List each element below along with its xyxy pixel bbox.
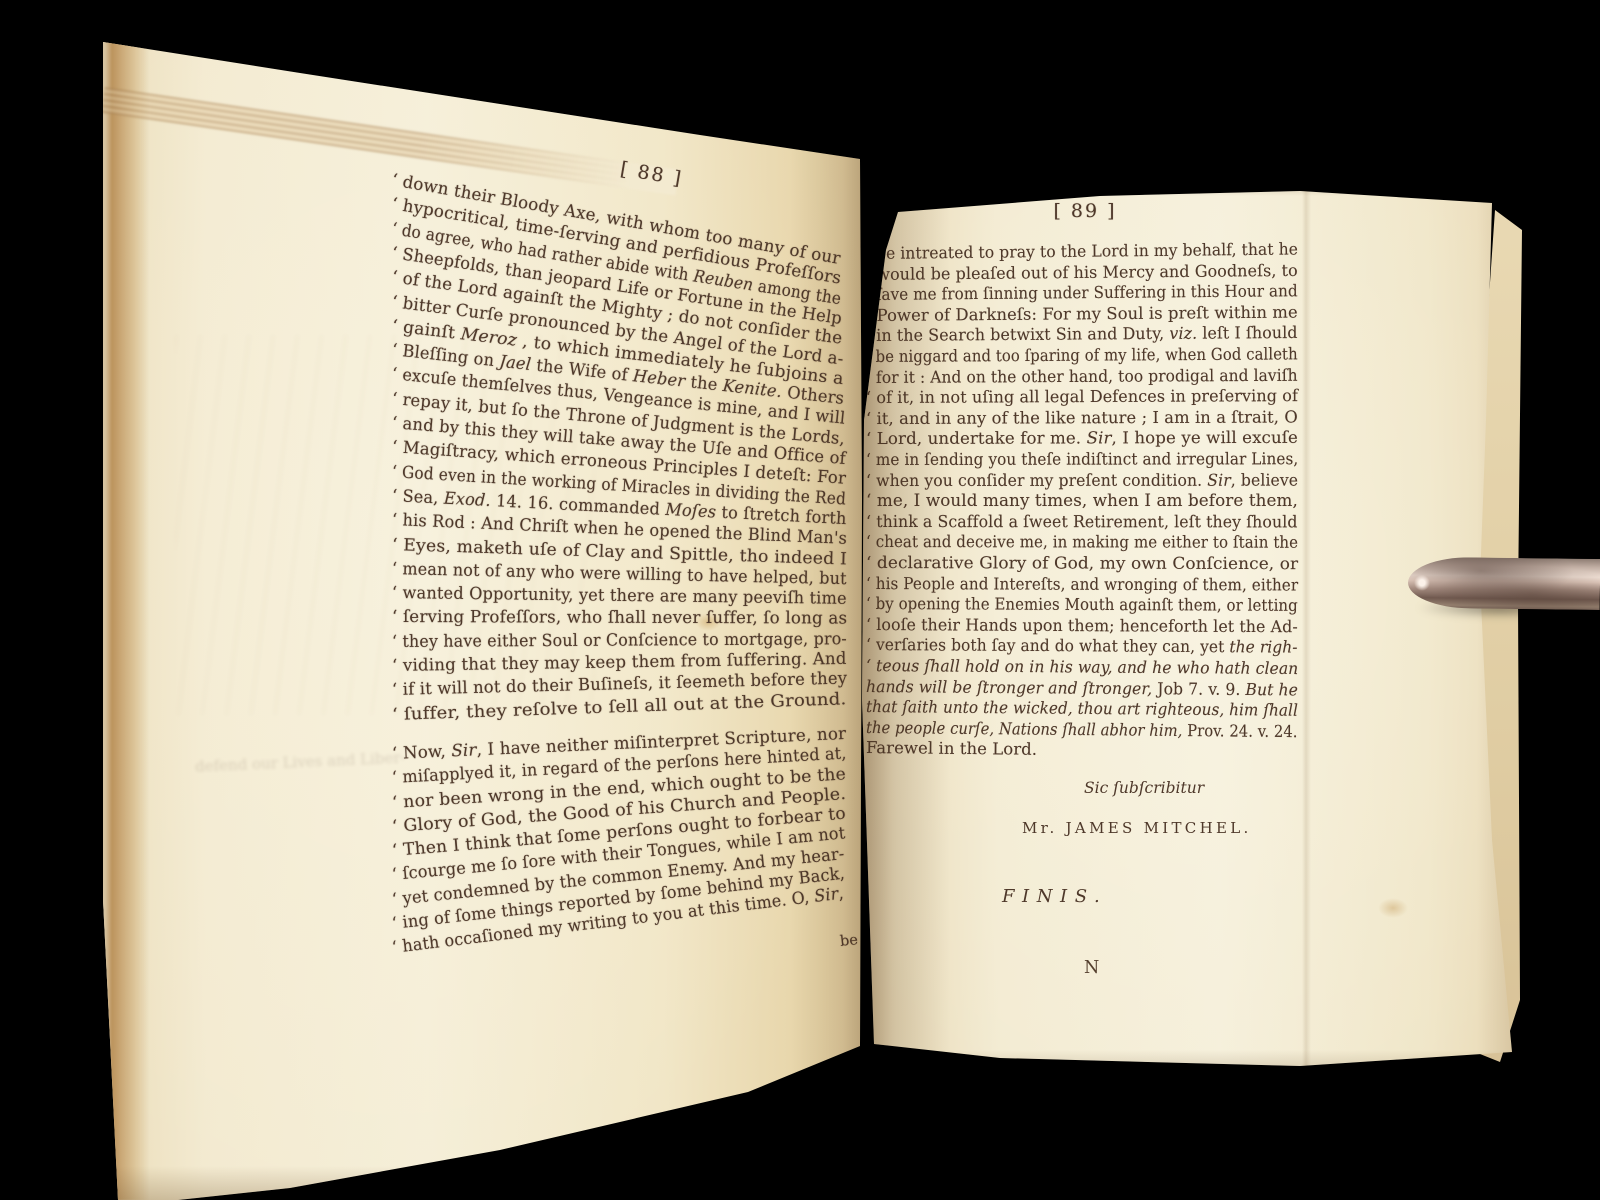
text-line: ‘ in the Search betwixt Sin and Duty, vi…	[866, 324, 1298, 345]
text-line: ‘ declarative Glory of God, my own Conſc…	[866, 554, 1298, 573]
right-page: [ 89 ] ‘ be intreated to pray to the Lor…	[850, 182, 1522, 1070]
page-number-89: [ 89 ]	[1000, 200, 1170, 222]
text-line: ‘ verſaries both ſay and do what they ca…	[866, 636, 1298, 657]
text-line: ‘ be niggard and too ſparing of my life,…	[866, 345, 1298, 366]
signature-mark-n: N	[1084, 958, 1099, 978]
text-line: ‘ of it, in not uſing all legal Defences…	[866, 387, 1298, 407]
text-line: ‘ be intreated to pray to the Lord in my…	[866, 240, 1298, 263]
text-line: the people curſe, Nations ſhall abhor hi…	[866, 719, 1298, 741]
stain-spot	[1378, 898, 1408, 918]
text-line: that ſaith unto the wicked, thou art rig…	[866, 698, 1298, 720]
text-line: ‘ me in ſending you theſe indiſtinct and…	[866, 450, 1298, 469]
text-line: Farewel in the Lord.	[866, 739, 1037, 759]
text-line: ‘ by opening the Enemies Mouth againſt t…	[866, 595, 1298, 615]
ghost-text-offset: defend our Lives and Liber-	[195, 748, 406, 775]
text-line: ‘ Lord, undertake for me. Sir, I hope ye…	[866, 429, 1298, 448]
text-line: ‘ ſave me from ſinning under Suffering i…	[866, 282, 1298, 304]
sic-subscribitur: Sic ſubſcribitur	[1084, 779, 1204, 797]
text-line: ‘ me, I would many times, when I am befo…	[866, 492, 1298, 510]
text-line: ‘ they have either Soul or Conſcience to…	[392, 629, 847, 650]
finis-label: FINIS.	[1002, 886, 1107, 907]
fore-edge-deckle	[95, 35, 149, 1200]
text-line: ‘ teous ſhall hold on in his way, and he…	[866, 657, 1298, 678]
signature-name: Mr. JAMES MITCHEL.	[1022, 819, 1252, 837]
text-line: ‘ Power of Darkneſs: For my Soul is preſ…	[866, 303, 1298, 324]
text-line: ‘ for it : And on the other hand, too pr…	[866, 366, 1298, 386]
left-page: [ 88 ] defend our Lives and Liber- ‘ dow…	[95, 35, 885, 1200]
text-line: ‘ looſe their Hands upon them; hencefort…	[866, 616, 1298, 636]
text-line: ‘ when you conſider my preſent condition…	[866, 471, 1298, 489]
photo-background: [ 88 ] defend our Lives and Liber- ‘ dow…	[0, 0, 1600, 1200]
text-line: ‘ would be pleaſed out of his Mercy and …	[866, 261, 1298, 283]
pen-tip	[1408, 557, 1600, 610]
left-page-text: ‘ down their Bloody Axe, with whom too m…	[392, 170, 862, 1020]
text-line: ‘ wanted Opportunity, yet there are many…	[392, 583, 847, 607]
text-line: ‘ his People and Intereſts, and wronging…	[866, 575, 1298, 595]
text-line: ‘ cheat and deceive me, in making me eit…	[866, 533, 1298, 552]
text-line: ‘ it, and in any of the like nature ; I …	[866, 408, 1298, 428]
catchword-be: be	[839, 932, 858, 950]
text-line: hands will be ſtronger and ſtronger, Job…	[866, 678, 1298, 699]
right-page-text: ‘ be intreated to pray to the Lord in my…	[866, 245, 1316, 805]
text-line: ‘ ſerving Profeſſors, who ſhall never ſu…	[392, 607, 847, 627]
text-line: ‘ think a Scaffold a ſweet Retirement, l…	[866, 513, 1298, 531]
